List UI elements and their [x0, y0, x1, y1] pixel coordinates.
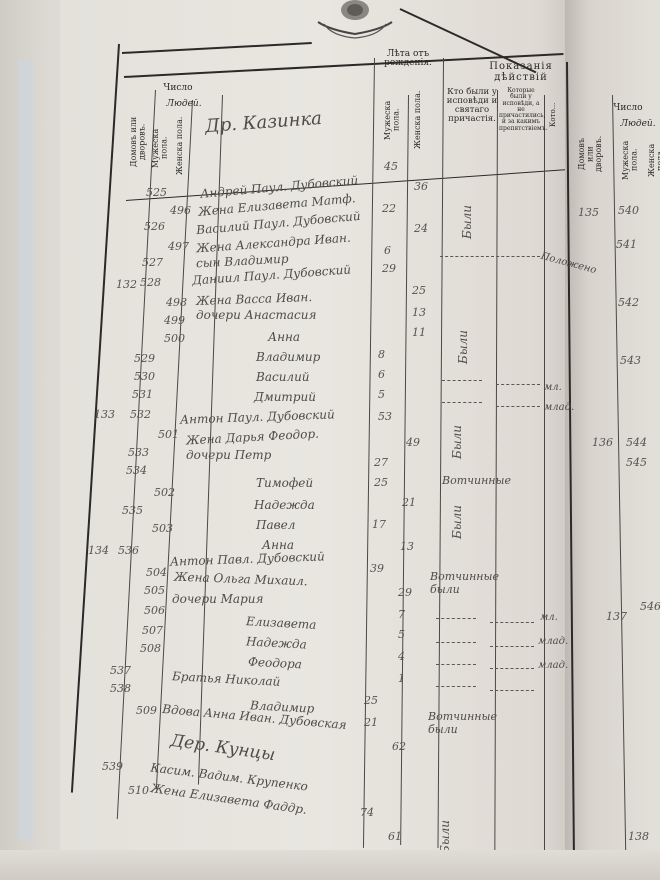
row-age-m: 29 — [382, 262, 396, 275]
note-mlad: млад. — [544, 402, 574, 413]
row-female-no: 497 — [168, 240, 189, 253]
row-female-no: 502 — [154, 486, 175, 499]
row-female-no: 507 — [142, 624, 163, 637]
row-household: 133 — [94, 408, 115, 421]
row-age-m: 8 — [378, 348, 385, 361]
dash-line — [490, 646, 534, 648]
row-name: Владимир — [256, 350, 320, 364]
row-age-f: 13 — [412, 306, 426, 319]
row-age-f: 1 — [398, 672, 405, 685]
page-bottom-edge — [0, 850, 660, 880]
row-age-m: 6 — [384, 244, 391, 257]
next-male-no: 540 — [618, 204, 639, 217]
next-header-persons: Людей. — [618, 120, 658, 129]
note-were: Были — [450, 505, 464, 539]
dash-line — [436, 664, 476, 666]
header-ages-female: Женска пола. — [414, 90, 422, 150]
row-age-f: 36 — [414, 180, 428, 193]
row-age-f: 24 — [414, 222, 428, 235]
dash-line — [490, 622, 534, 624]
row-female-no: 499 — [164, 314, 185, 327]
row-age-m: 25 — [374, 476, 388, 489]
header-female: Женска пола. — [176, 116, 184, 176]
dash-line — [490, 690, 534, 692]
dash-line — [490, 668, 534, 670]
note-ml: мл. — [540, 612, 558, 623]
row-female-no: 500 — [164, 332, 185, 345]
row-age-m: 22 — [382, 202, 396, 215]
header-testimony: Показанія дѣйствій — [466, 62, 576, 83]
note-mlad: млад. — [538, 660, 568, 671]
header-households: Домовъ или дворовъ. — [130, 112, 147, 172]
row-age-f: 5 — [398, 628, 405, 641]
row-name: Надежда — [254, 498, 315, 512]
header-male: Мужеска пола. — [152, 118, 169, 178]
next-header-male: Мужеска пола. — [622, 135, 639, 185]
dash-line — [436, 618, 476, 620]
row-name: дочери Мария — [172, 592, 263, 606]
row-male-no: 531 — [132, 388, 153, 401]
note-mlad: млад. — [538, 636, 568, 647]
row-name: Анна — [268, 330, 300, 344]
note-votchinnye-were: Вотчинные были — [428, 710, 498, 736]
next-household: 136 — [592, 436, 613, 449]
row-name: Дмитрий — [254, 390, 316, 404]
row-male-no: 534 — [126, 464, 147, 477]
row-male-no: 529 — [134, 352, 155, 365]
next-male-no: 544 — [626, 436, 647, 449]
row-male-no: 525 — [146, 186, 167, 199]
row-male-no: 539 — [102, 760, 123, 773]
row-age-m: 25 — [364, 694, 378, 707]
row-male-no: 536 — [118, 544, 139, 557]
header-right-partial: Кото... — [550, 90, 557, 140]
row-female-no: 503 — [152, 522, 173, 535]
dash-line — [442, 380, 482, 382]
row-male-no: 526 — [144, 220, 165, 233]
dash-line — [496, 406, 540, 408]
row-age-m: 74 — [360, 806, 374, 819]
row-age-f: 61 — [388, 830, 402, 843]
row-female-no: 509 — [136, 704, 157, 717]
next-male-no: 543 — [620, 354, 641, 367]
row-age-m: 17 — [372, 518, 386, 531]
note-were: Были — [460, 205, 474, 239]
next-male-no: 545 — [626, 456, 647, 469]
next-header-female: Женска пола. — [648, 135, 660, 185]
row-female-no: 501 — [158, 428, 179, 441]
row-male-no: 538 — [110, 682, 131, 695]
note-votchinnye: Вотчинные — [442, 474, 511, 487]
row-male-no: 537 — [110, 664, 131, 677]
row-male-no: 532 — [130, 408, 151, 421]
row-household: 132 — [116, 278, 137, 291]
header-count: Число — [148, 84, 208, 93]
dash-line — [436, 686, 476, 688]
next-household: 135 — [578, 206, 599, 219]
row-age-f: 21 — [402, 496, 416, 509]
note-were: Были — [438, 820, 452, 854]
header-persons: Людей. — [164, 100, 204, 109]
next-male-no: 542 — [618, 296, 639, 309]
row-name: Феодора — [248, 655, 303, 672]
row-name: дочери Петр — [186, 448, 271, 462]
row-name: Василий — [256, 370, 310, 384]
row-male-no: 528 — [140, 276, 161, 289]
row-female-no: 498 — [166, 296, 187, 309]
row-name: Тимофей — [256, 476, 313, 490]
row-female-no: 508 — [140, 642, 161, 655]
row-age-f: 4 — [398, 650, 405, 663]
dash-line — [442, 402, 482, 404]
next-male-no: 546 — [640, 600, 660, 613]
header-ages: Лѣта отъ рожденія. — [378, 50, 438, 69]
col-line-8 — [544, 95, 545, 855]
row-age-m: 39 — [370, 562, 384, 575]
row-age-f: 11 — [412, 326, 426, 339]
row-female-no: 504 — [146, 566, 167, 579]
row-male-no: 530 — [134, 370, 155, 383]
row-name: дочери Анастасия — [196, 308, 316, 322]
row-age-m: 53 — [378, 410, 392, 423]
header-ages-male: Мужеска пола. — [384, 90, 401, 150]
row-age-f: 49 — [406, 436, 420, 449]
row-age-m: 27 — [374, 456, 388, 469]
note-ml: мл. — [544, 382, 562, 393]
row-age-f: 62 — [392, 740, 406, 753]
row-household: 134 — [88, 544, 109, 557]
header-confessed: Кто были у исповѣди и святаго причастія. — [446, 88, 498, 124]
next-household: 138 — [628, 830, 649, 843]
row-age-m: 45 — [384, 160, 398, 173]
header-not-confessed: Которые были у исповѣди, а не причастили… — [499, 88, 543, 132]
row-age-f: 25 — [412, 284, 426, 297]
row-age-f: 13 — [400, 540, 414, 553]
row-female-no: 496 — [170, 204, 191, 217]
row-male-no: 533 — [128, 446, 149, 459]
row-name: Павел — [256, 518, 295, 532]
row-male-no: 535 — [122, 504, 143, 517]
dash-line — [440, 256, 540, 258]
next-header-count: Число — [598, 104, 658, 113]
next-header-households: Домовъ или дворовъ. — [578, 130, 603, 178]
dash-line — [496, 384, 540, 386]
background-strip — [18, 60, 34, 840]
row-male-no: 527 — [142, 256, 163, 269]
row-female-no: 510 — [128, 784, 149, 797]
row-age-m: 5 — [378, 388, 385, 401]
row-age-f: 7 — [398, 608, 405, 621]
note-votchinnye-were: Вотчинные были — [430, 570, 500, 596]
row-female-no: 506 — [144, 604, 165, 617]
row-female-no: 505 — [144, 584, 165, 597]
next-male-no: 541 — [616, 238, 637, 251]
row-age-m: 21 — [364, 716, 378, 729]
row-age-f: 29 — [398, 586, 412, 599]
imperial-emblem-icon — [310, 0, 400, 40]
row-age-m: 6 — [378, 368, 385, 381]
next-household: 137 — [606, 610, 627, 623]
note-were: Были — [456, 330, 470, 364]
note-were: Были — [450, 425, 464, 459]
dash-line — [436, 642, 476, 644]
